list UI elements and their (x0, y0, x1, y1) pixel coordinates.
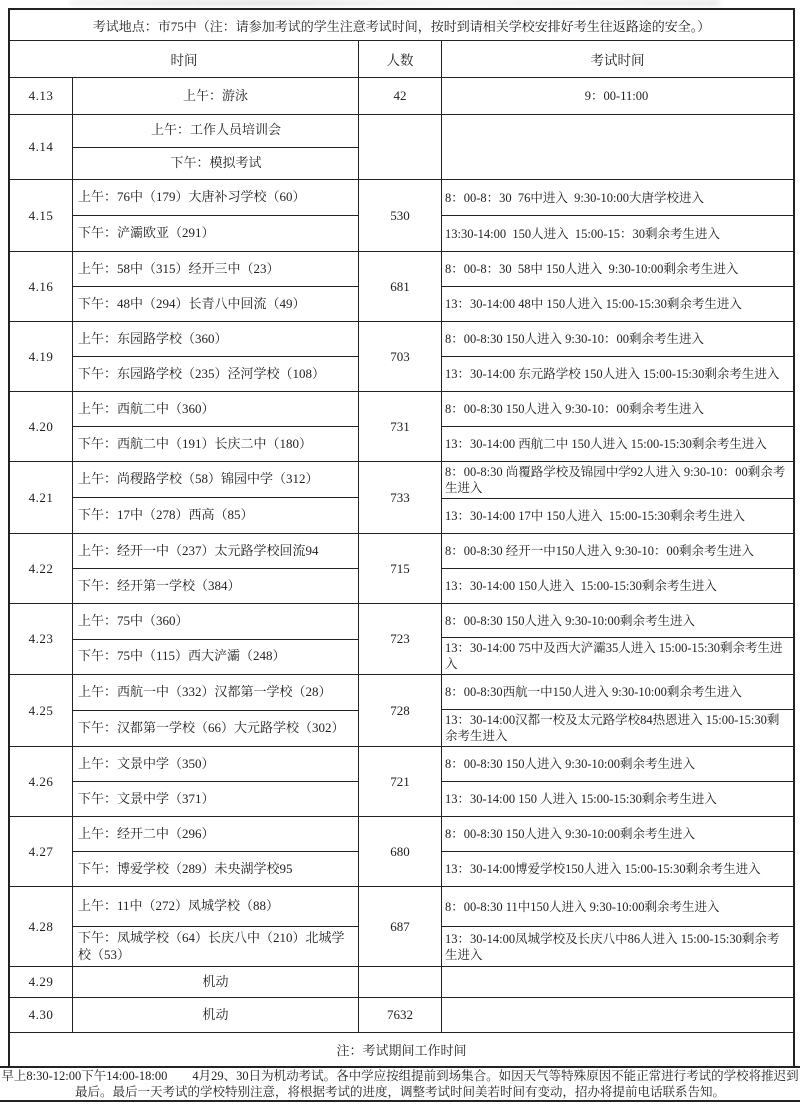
examtime-cell: 8：00-8:30西航一中150人进入 9:30-10:00剩余考生进入 13：… (441, 675, 793, 746)
table-row-4-28: 4.28 上午：11中（272）凤城学校（88） 下午：凤城学校（64）长庆八中… (10, 886, 793, 966)
date-cell: 4.13 (10, 78, 72, 114)
date-cell: 4.22 (10, 534, 72, 603)
schedule-cell: 上午：58中（315）经开三中（23） 下午：48中（294）长青八中回流（49… (72, 252, 358, 321)
date-cell: 4.16 (10, 252, 72, 321)
examtime-cell: 8：00-8:30 11中150人进入 9:30-10:00剩余考生进入 13：… (441, 887, 793, 966)
examtime-am: 8：00-8:30 11中150人进入 9:30-10:00剩余考生进入 (442, 887, 793, 926)
location-note-row: 考试地点：市75中（注：请参加考试的学生注意考试时间，按时到请相关学校安排好考生… (10, 10, 793, 40)
count-cell: 681 (358, 252, 441, 321)
table-row-4-27: 4.27 上午：经开二中（296） 下午：博爱学校（289）未央湖学校95 68… (10, 816, 793, 886)
schedule-am: 上午：75中（360） (73, 604, 358, 639)
count-cell: 42 (358, 78, 441, 114)
table-row-4-26: 4.26 上午：文景中学（350） 下午：文景中学（371） 721 8：00-… (10, 746, 793, 816)
examtime-am: 8：00-8:30 150人进入 9:30-10：00剩余考生进入 (442, 322, 793, 356)
location-note: 考试地点：市75中（注：请参加考试的学生注意考试时间，按时到请相关学校安排好考生… (10, 10, 793, 40)
schedule-pm: 下午：博爱学校（289）未央湖学校95 (73, 851, 358, 886)
schedule-pm: 下午：经开第一学校（384） (73, 568, 358, 603)
schedule-pm: 下午：75中（115）西大浐灞（248） (73, 639, 358, 675)
date-cell: 4.25 (10, 675, 72, 746)
examtime-am: 8：00-8：30 76中进入 9:30-10:00大唐学校进入 (442, 180, 793, 215)
schedule-cell: 上午：西航二中（360） 下午：西航二中（191）长庆二中（180） (72, 392, 358, 461)
examtime-cell: 8：00-8:30 150人进入 9:30-10:00剩余考生进入 13：30-… (441, 817, 793, 886)
header-row: 时间 人数 考试时间 (10, 40, 793, 77)
footer-note: 早上8:30-12:00下午14:00-18:00 4月29、30日为机动考试。… (0, 1066, 800, 1102)
schedule-cell: 上午：尚稷路学校（58）锦园中学（312） 下午：17中（278）西高（85） (72, 462, 358, 533)
schedule-cell: 机动 (73, 967, 358, 997)
examtime-cell (442, 115, 793, 179)
schedule-cell: 机动 (73, 998, 358, 1032)
count-cell: 703 (358, 322, 441, 391)
table-row-4-16: 4.16 上午：58中（315）经开三中（23） 下午：48中（294）长青八中… (10, 251, 793, 321)
date-cell: 4.20 (10, 392, 72, 461)
table-row-4-15: 4.15 上午：76中（179）大唐补习学校（60） 下午：浐灞欧亚（291） … (10, 179, 793, 251)
table-row-4-20: 4.20 上午：西航二中（360） 下午：西航二中（191）长庆二中（180） … (10, 391, 793, 461)
schedule-cell: 上午：经开一中（237）太元路学校回流94 下午：经开第一学校（384） (72, 534, 358, 603)
examtime-am: 8：00-8:30 150人进入 9:30-10:00剩余考生进入 (442, 604, 793, 637)
schedule-am: 上午：11中（272）凤城学校（88） (73, 887, 358, 926)
schedule-am: 上午：东园路学校（360） (73, 322, 358, 356)
schedule-am: 上午：58中（315）经开三中（23） (73, 252, 358, 286)
examtime-cell: 8：00-8:30 尚覆路学校及锦园中学92人进入 9:30-10：00剩余考生… (441, 462, 793, 533)
examtime-am: 8：00-8:30 150人进入 9:30-10：00剩余考生进入 (442, 392, 793, 426)
count-cell: 715 (358, 534, 441, 603)
schedule-pm: 下午：东园路学校（235）泾河学校（108） (73, 356, 358, 391)
schedule-am: 上午：西航一中（332）汉都第一学校（28） (73, 675, 358, 710)
table-row-4-30: 4.30 机动 7632 (10, 997, 793, 1032)
bottom-note: 注：考试期间工作时间 (10, 1033, 793, 1066)
examtime-pm: 13:30-14:00 150人进入 15:00-15：30剩余考生进入 (442, 215, 793, 251)
date-cell: 4.19 (10, 322, 72, 391)
schedule-cell: 上午：文景中学（350） 下午：文景中学（371） (72, 747, 358, 816)
col-header-time: 时间 (10, 41, 358, 77)
schedule-pm: 下午：17中（278）西高（85） (73, 497, 358, 533)
table-row-4-22: 4.22 上午：经开一中（237）太元路学校回流94 下午：经开第一学校（384… (10, 533, 793, 603)
date-cell: 4.30 (10, 998, 72, 1032)
examtime-pm: 13：30-14:00 17中 150人进入 15:00-15:30剩余考生进入 (442, 498, 793, 533)
count-cell (358, 967, 441, 997)
col-header-count: 人数 (358, 41, 441, 77)
count-cell: 723 (358, 604, 441, 674)
date-cell: 4.29 (10, 967, 72, 997)
table-row-4-21: 4.21 上午：尚稷路学校（58）锦园中学（312） 下午：17中（278）西高… (10, 461, 793, 533)
schedule-am: 上午：经开二中（296） (73, 817, 358, 851)
examtime-cell: 8：00-8：30 76中进入 9:30-10:00大唐学校进入 13:30-1… (441, 180, 793, 251)
schedule-cell: 上午：76中（179）大唐补习学校（60） 下午：浐灞欧亚（291） (72, 180, 358, 251)
table-row-4-14: 4.14 上午：工作人员培训会 下午：模拟考试 (10, 114, 793, 179)
examtime-pm: 13：30-14:00 东元路学校 150人进入 15:00-15:30剩余考生… (442, 356, 793, 391)
examtime-pm: 13：30-14:00 西航二中 150人进入 15:00-15:30剩余考生进… (442, 426, 793, 461)
schedule-am: 上午：西航二中（360） (73, 392, 358, 426)
examtime-cell: 9：00-11:00 (442, 78, 793, 114)
examtime-cell: 8：00-8:30 150人进入 9:30-10：00剩余考生进入 13：30-… (441, 392, 793, 461)
schedule-pm: 下午：汉都第一学校（66）大元路学校（302） (73, 710, 358, 746)
schedule-cell: 上午：经开二中（296） 下午：博爱学校（289）未央湖学校95 (72, 817, 358, 886)
examtime-cell: 8：00-8:30 150人进入 9:30-10:00剩余考生进入 13：30-… (441, 604, 793, 674)
date-cell: 4.23 (10, 604, 72, 674)
schedule-cell: 上午：西航一中（332）汉都第一学校（28） 下午：汉都第一学校（66）大元路学… (72, 675, 358, 746)
count-cell: 530 (358, 180, 441, 251)
examtime-pm: 13：30-14:00汉都一校及太元路学校84热恩进入 15:00-15:30剩… (442, 709, 793, 746)
date-cell: 4.28 (10, 887, 72, 966)
count-cell: 680 (358, 817, 441, 886)
schedule-cell: 上午：工作人员培训会 下午：模拟考试 (72, 115, 358, 179)
examtime-am: 8：00-8:30 尚覆路学校及锦园中学92人进入 9:30-10：00剩余考生… (442, 462, 793, 498)
examtime-am: 8：00-8：30 58中 150人进入 9:30-10:00剩余考生进入 (442, 252, 793, 286)
date-cell: 4.27 (10, 817, 72, 886)
count-cell: 733 (358, 462, 441, 533)
exam-schedule-table: 考试地点：市75中（注：请参加考试的学生注意考试时间，按时到请相关学校安排好考生… (8, 8, 795, 1066)
schedule-pm: 下午：浐灞欧亚（291） (73, 215, 358, 251)
table-row-4-23: 4.23 上午：75中（360） 下午：75中（115）西大浐灞（248） 72… (10, 603, 793, 674)
schedule-cell: 上午：东园路学校（360） 下午：东园路学校（235）泾河学校（108） (72, 322, 358, 391)
examtime-cell: 8：00-8:30 150人进入 9:30-10:00剩余考生进入 13：30-… (441, 747, 793, 816)
schedule-am: 上午：经开一中（237）太元路学校回流94 (73, 534, 358, 568)
count-cell (358, 115, 441, 179)
schedule-pm: 下午：模拟考试 (73, 147, 358, 180)
examtime-pm: 13：30-14:00 75中及西大浐灞35人进入 15:00-15:30剩余考… (442, 637, 793, 674)
table-row-4-29: 4.29 机动 (10, 966, 793, 997)
examtime-pm: 13：30-14:00凤城学校及长庆八中86人进入 15:00-15:30剩余考… (442, 926, 793, 966)
count-cell: 721 (358, 747, 441, 816)
examtime-am: 8：00-8:30 150人进入 9:30-10:00剩余考生进入 (442, 747, 793, 781)
scan-artifact (70, 0, 720, 6)
schedule-am: 上午：尚稷路学校（58）锦园中学（312） (73, 462, 358, 497)
examtime-cell: 8：00-8:30 150人进入 9:30-10：00剩余考生进入 13：30-… (441, 322, 793, 391)
examtime-cell (442, 967, 793, 997)
schedule-am: 上午：文景中学（350） (73, 747, 358, 781)
examtime-pm: 13：30-14:00博爱学校150人进入 15:00-15:30剩余考生进入 (442, 851, 793, 886)
schedule-pm: 下午：西航二中（191）长庆二中（180） (73, 426, 358, 461)
examtime-cell: 8：00-8：30 58中 150人进入 9:30-10:00剩余考生进入 13… (441, 252, 793, 321)
examtime-pm: 13：30-14:00 150人进入 15:00-15:30剩余考生进入 (442, 568, 793, 603)
date-cell: 4.15 (10, 180, 72, 251)
date-cell: 4.26 (10, 747, 72, 816)
table-row-4-25: 4.25 上午：西航一中（332）汉都第一学校（28） 下午：汉都第一学校（66… (10, 674, 793, 746)
schedule-cell: 上午：75中（360） 下午：75中（115）西大浐灞（248） (72, 604, 358, 674)
schedule-pm: 下午：文景中学（371） (73, 781, 358, 816)
schedule-cell: 上午：游泳 (73, 78, 358, 114)
table-row-4-13: 4.13 上午：游泳 42 9：00-11:00 (10, 77, 793, 114)
date-cell: 4.14 (10, 115, 72, 179)
count-cell: 687 (358, 887, 441, 966)
col-header-exam-time: 考试时间 (441, 41, 793, 77)
schedule-pm: 下午：48中（294）长青八中回流（49） (73, 286, 358, 321)
examtime-am: 8：00-8:30 经开一中150人进入 9:30-10：00剩余考生进入 (442, 534, 793, 568)
count-cell: 731 (358, 392, 441, 461)
examtime-cell: 8：00-8:30 经开一中150人进入 9:30-10：00剩余考生进入 13… (441, 534, 793, 603)
schedule-pm: 下午：凤城学校（64）长庆八中（210）北城学校（53） (73, 926, 358, 966)
schedule-am: 上午：工作人员培训会 (73, 115, 358, 147)
count-cell: 728 (358, 675, 441, 746)
examtime-cell (442, 998, 793, 1032)
examtime-am: 8：00-8:30西航一中150人进入 9:30-10:00剩余考生进入 (442, 675, 793, 709)
bottom-note-row: 注：考试期间工作时间 (10, 1032, 793, 1066)
count-cell: 7632 (358, 998, 441, 1032)
examtime-am: 8：00-8:30 150人进入 9:30-10:00剩余考生进入 (442, 817, 793, 851)
table-row-4-19: 4.19 上午：东园路学校（360） 下午：东园路学校（235）泾河学校（108… (10, 321, 793, 391)
date-cell: 4.21 (10, 462, 72, 533)
schedule-am: 上午：76中（179）大唐补习学校（60） (73, 180, 358, 215)
examtime-pm: 13：30-14:00 150 人进入 15:00-15:30剩余考生进入 (442, 781, 793, 816)
examtime-pm: 13：30-14:00 48中 150人进入 15:00-15:30剩余考生进入 (442, 286, 793, 321)
schedule-cell: 上午：11中（272）凤城学校（88） 下午：凤城学校（64）长庆八中（210）… (72, 887, 358, 966)
